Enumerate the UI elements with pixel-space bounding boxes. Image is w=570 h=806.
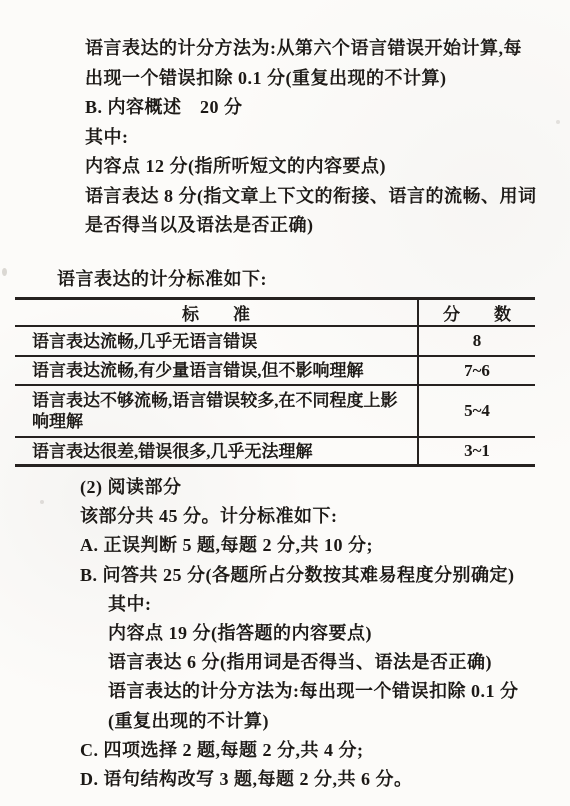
text-line: 内容点 19 分(指答题的内容要点)	[108, 619, 562, 648]
scan-speck	[2, 268, 7, 276]
scoring-standards-table: 标 准 分 数 语言表达流畅,几乎无语言错误 8 语言表达流畅,有少量语言错误,…	[15, 297, 535, 467]
score-cell: 3~1	[418, 437, 535, 466]
item-a: A. 正误判断 5 题,每题 2 分,共 10 分;	[80, 531, 562, 560]
item-c: C. 四项选择 2 题,每题 2 分,共 4 分;	[80, 736, 562, 765]
text-line: 语言表达的计分方法为:从第六个语言错误开始计算,每	[85, 34, 560, 64]
scan-speck	[40, 500, 44, 504]
score-cell: 5~4	[418, 385, 535, 437]
item-b-content-summary: B. 内容概述 20 分	[85, 93, 560, 123]
text-line: 其中:	[85, 123, 560, 153]
text-line: 语言表达 8 分(指文章上下文的衔接、语言的流畅、用词	[85, 182, 560, 212]
table-header-row: 标 准 分 数	[15, 299, 535, 327]
text-line: 出现一个错误扣除 0.1 分(重复出现的不计算)	[85, 64, 560, 94]
reading-section: (2) 阅读部分 该部分共 45 分。计分标准如下: A. 正误判断 5 题,每…	[80, 473, 562, 794]
column-header-criterion: 标 准	[15, 299, 418, 327]
text-line: (重复出现的不计算)	[108, 707, 562, 736]
text-line: 是否得当以及语法是否正确)	[85, 211, 560, 241]
text-line: 语言表达的计分方法为:每出现一个错误扣除 0.1 分	[108, 677, 562, 706]
text-line: 语言表达 6 分(指用词是否得当、语法是否正确)	[108, 648, 562, 677]
score-cell: 7~6	[418, 356, 535, 385]
criterion-cell: 语言表达很差,错误很多,几乎无法理解	[15, 437, 418, 466]
scoring-method-paragraph: 语言表达的计分方法为:从第六个语言错误开始计算,每 出现一个错误扣除 0.1 分…	[85, 34, 560, 241]
score-cell: 8	[418, 326, 535, 356]
table-row: 语言表达很差,错误很多,几乎无法理解 3~1	[15, 437, 535, 466]
item-b: B. 问答共 25 分(各题所占分数按其难易程度分别确定)	[80, 561, 562, 590]
scanned-document-page: 语言表达的计分方法为:从第六个语言错误开始计算,每 出现一个错误扣除 0.1 分…	[0, 0, 570, 806]
table-row: 语言表达流畅,有少量语言错误,但不影响理解 7~6	[15, 356, 535, 385]
criterion-cell: 语言表达流畅,几乎无语言错误	[15, 326, 418, 356]
column-header-score: 分 数	[418, 299, 535, 327]
table-row: 语言表达流畅,几乎无语言错误 8	[15, 326, 535, 356]
scan-speck	[556, 120, 560, 124]
item-d: D. 语句结构改写 3 题,每题 2 分,共 6 分。	[80, 765, 562, 794]
criterion-cell: 语言表达不够流畅,语言错误较多,在不同程度上影响理解	[15, 385, 418, 437]
text-line: 内容点 12 分(指所听短文的内容要点)	[85, 152, 560, 182]
text-line: 其中:	[108, 590, 562, 619]
table-caption: 语言表达的计分标准如下:	[57, 265, 267, 291]
table-row: 语言表达不够流畅,语言错误较多,在不同程度上影响理解 5~4	[15, 385, 535, 437]
criterion-cell: 语言表达流畅,有少量语言错误,但不影响理解	[15, 356, 418, 385]
text-line: 该部分共 45 分。计分标准如下:	[80, 502, 562, 531]
reading-section-heading: (2) 阅读部分	[80, 473, 562, 502]
